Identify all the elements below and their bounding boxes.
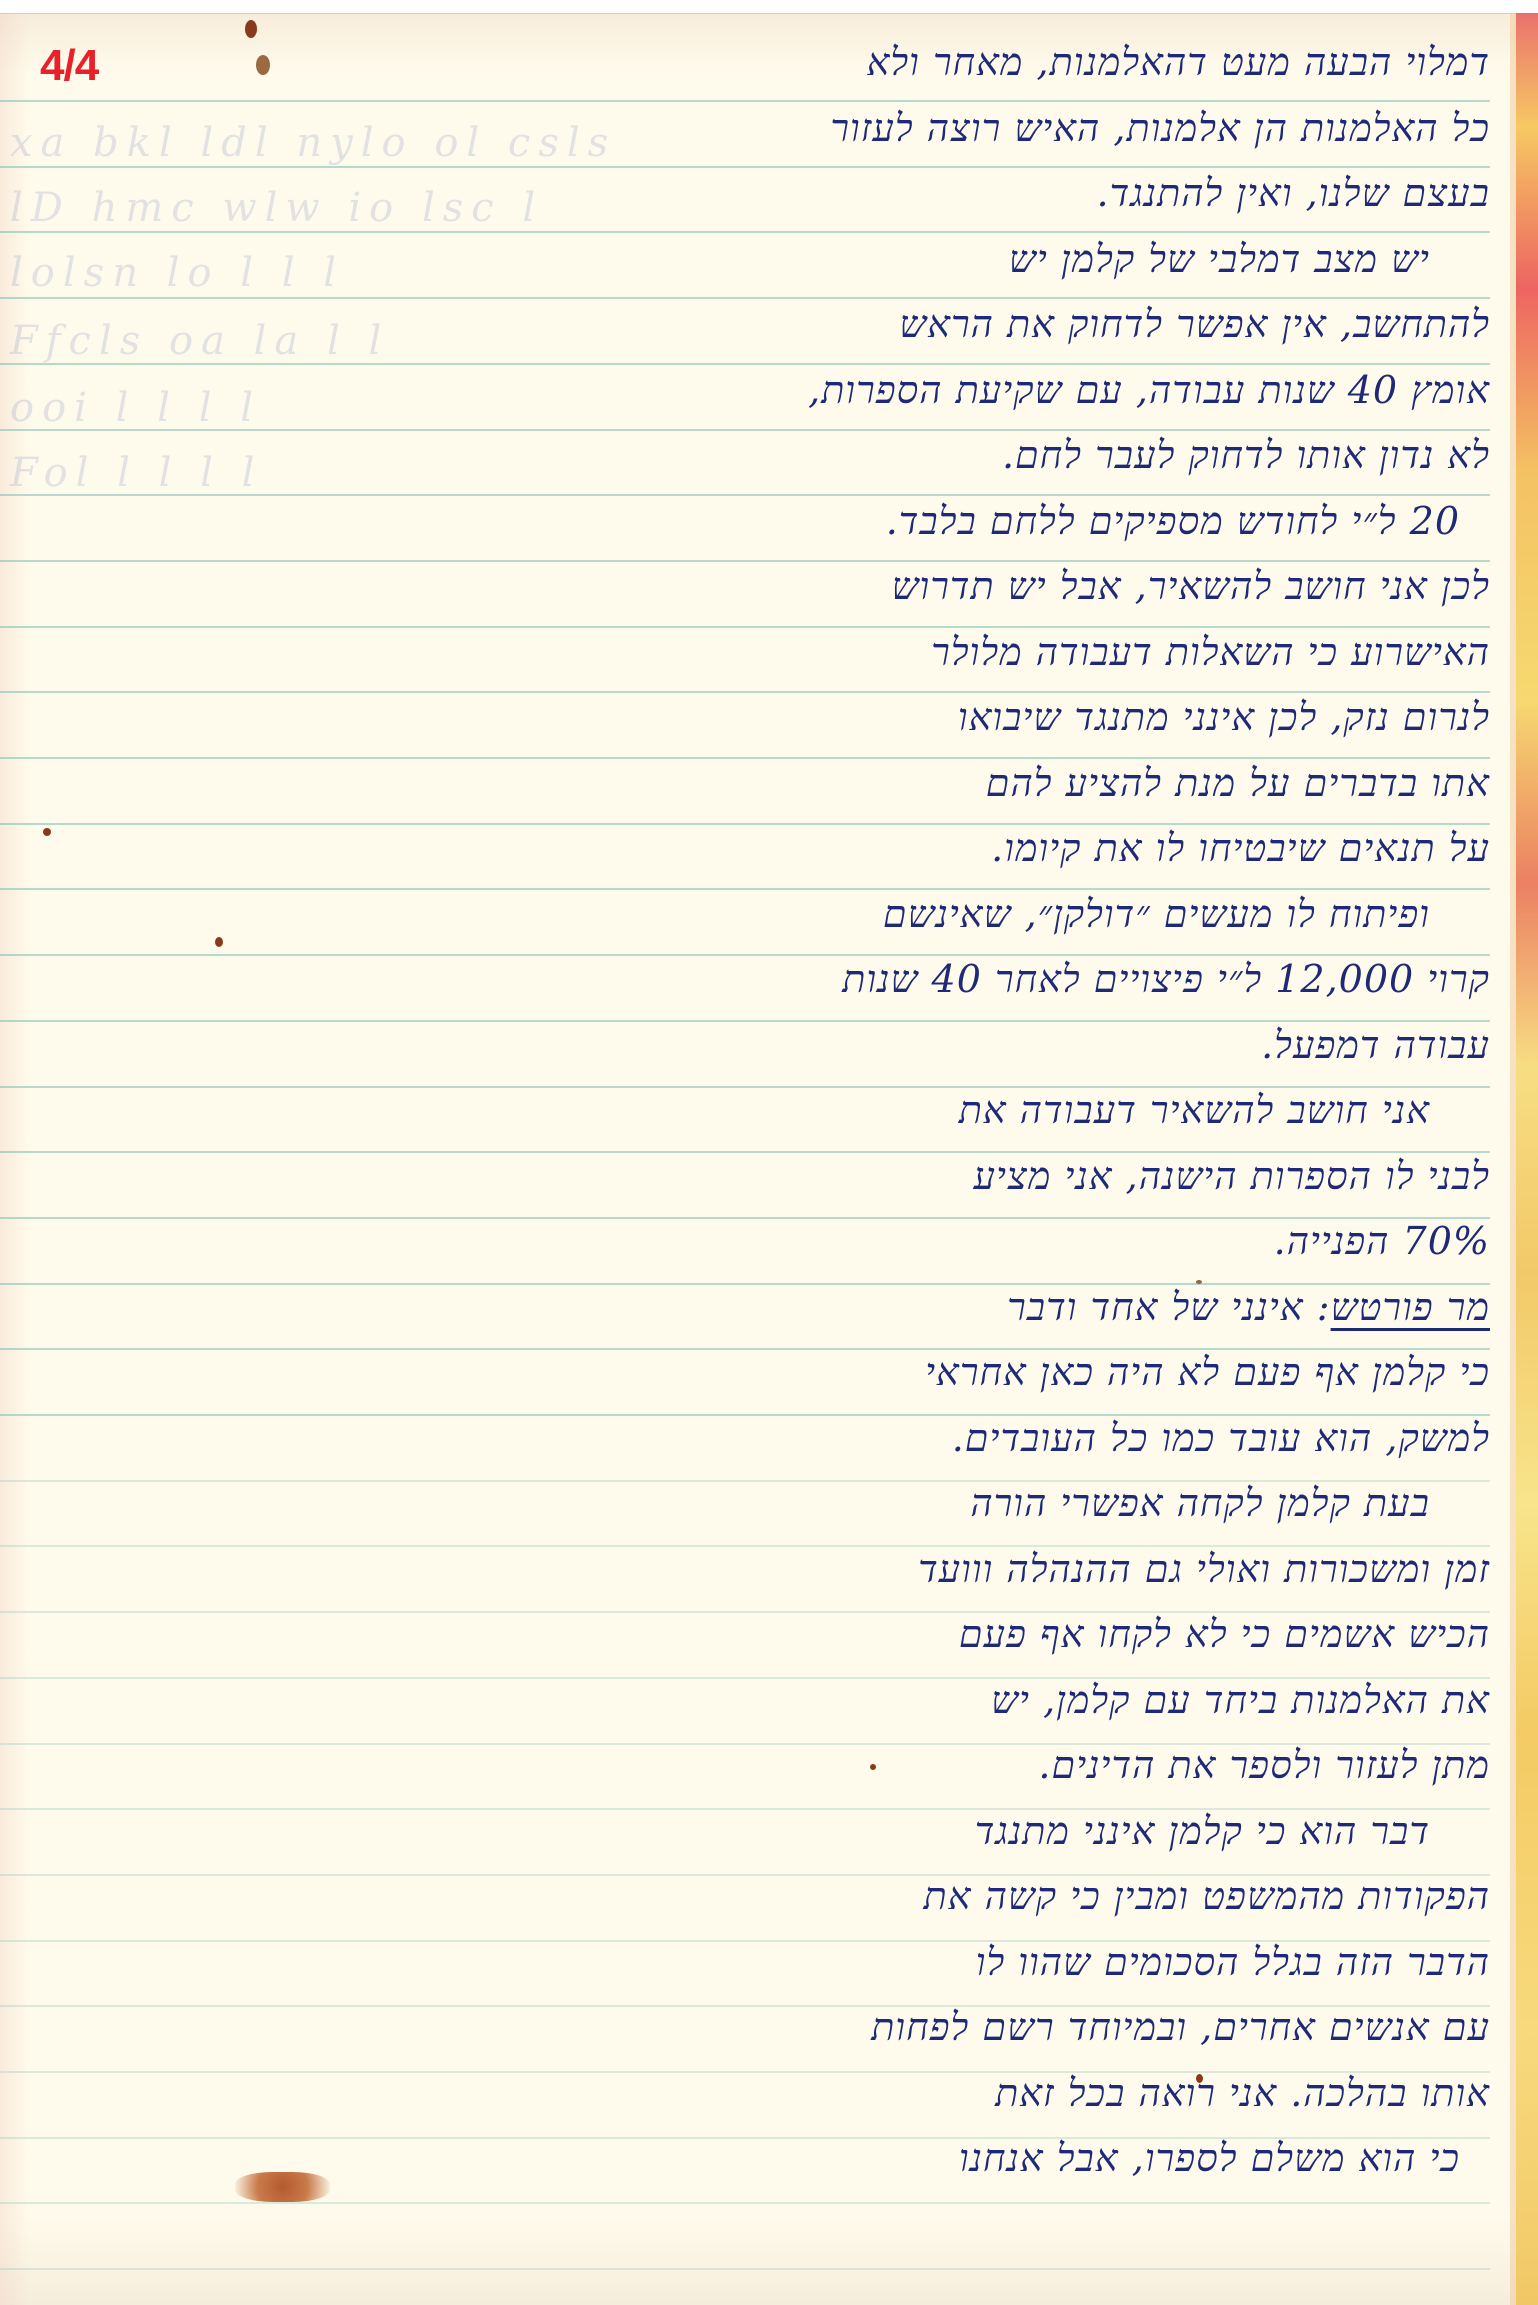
handwritten-line-remainder: : אינני של אחד ודבר bbox=[1007, 1285, 1330, 1329]
handwritten-line: לבני לו הספרות הישנה, אני מציע bbox=[720, 1144, 1490, 1210]
handwritten-line: על תנאים שיבטיחו לו את קיומו. bbox=[720, 816, 1490, 882]
handwritten-line: הפקודות מהמשפט ומבין כי קשה את bbox=[720, 1864, 1490, 1930]
page-edge-colored-strip bbox=[1516, 13, 1538, 2305]
handwritten-line: אותו בהלכה. אני רואה בכל זאת bbox=[720, 2061, 1490, 2127]
handwritten-text-block: דמלוי הבעה מעט דהאלמנות, מאחר ולאכל האלמ… bbox=[720, 30, 1490, 2192]
stain-spot bbox=[43, 828, 51, 836]
handwritten-line: ופיתוח לו מעשים ״דולקן״, שאינשם bbox=[720, 882, 1490, 948]
handwritten-line: אני חושב להשאיר דעבודה את bbox=[720, 1078, 1490, 1144]
ruled-line bbox=[0, 2202, 1490, 2204]
handwritten-line: את האלמנות ביחד עם קלמן, יש bbox=[720, 1668, 1490, 1734]
handwritten-line: בעת קלמן לקחה אפשרי הורה bbox=[720, 1471, 1490, 1537]
handwritten-line: זמן ומשכורות ואולי גם ההנהלה ווועד bbox=[720, 1537, 1490, 1603]
handwritten-line: מר פורטש: אינני של אחד ודבר bbox=[720, 1275, 1490, 1341]
handwritten-line: למשק, הוא עובד כמו כל העובדים. bbox=[720, 1406, 1490, 1472]
handwritten-line: אומץ 40 שנות עבודה, עם שקיעת הספרות, bbox=[720, 358, 1490, 424]
handwritten-line: 70% הפנייה. bbox=[720, 1209, 1490, 1275]
handwritten-line: עם אנשים אחרים, ובמיוחד רשם לפחות bbox=[720, 1995, 1490, 2061]
stain-spot bbox=[215, 937, 223, 947]
page-number-label: 4/4 bbox=[40, 44, 98, 88]
stain-spot bbox=[245, 20, 257, 38]
handwritten-line: יש מצב דמלבי של קלמן יש bbox=[720, 227, 1490, 293]
handwritten-line: מתן לעזור ולספר את הדינים. bbox=[720, 1733, 1490, 1799]
handwritten-line: כי קלמן אף פעם לא היה כאן אחראי bbox=[720, 1340, 1490, 1406]
handwritten-line: האישרוע כי השאלות דעבודה מלולר bbox=[720, 620, 1490, 686]
handwritten-line: עבודה דמפעל. bbox=[720, 1013, 1490, 1079]
handwritten-line: לכן אני חושב להשאיר, אבל יש תדרוש bbox=[720, 554, 1490, 620]
handwritten-line: קרוי 12,000 ל״י פיצויים לאחר 40 שנות bbox=[720, 947, 1490, 1013]
handwritten-line: לא נדון אותו לדחוק לעבר לחם. bbox=[720, 423, 1490, 489]
handwritten-line: דבר הוא כי קלמן אינני מתנגד bbox=[720, 1799, 1490, 1865]
handwritten-line: אתו בדברים על מנת להציע להם bbox=[720, 751, 1490, 817]
handwritten-line: להתחשב, אין אפשר לדחוק את הראש bbox=[720, 292, 1490, 358]
handwritten-line: בעצם שלנו, ואין להתנגד. bbox=[720, 161, 1490, 227]
rust-stain bbox=[235, 2172, 330, 2202]
handwritten-line: 20 ל״י לחודש מספיקים ללחם בלבד. bbox=[720, 489, 1490, 555]
stain-spot bbox=[256, 55, 270, 75]
handwritten-line: כי הוא משלם לספרו, אבל אנחנו bbox=[720, 2126, 1490, 2192]
handwritten-line: כל האלמנות הן אלמנות, האיש רוצה לעזור bbox=[720, 96, 1490, 162]
underlined-speaker-name: מר פורטש bbox=[1331, 1285, 1490, 1329]
ruled-line bbox=[0, 2268, 1490, 2270]
scanned-notebook-page: xa bkl ldl nylo ol csls lD hmc wlw io ls… bbox=[0, 0, 1538, 2305]
handwritten-line: לנרום נזק, לכן אינני מתנגד שיבואו bbox=[720, 685, 1490, 751]
handwritten-line: הדבר הזה בגלל הסכומים שהוו לו bbox=[720, 1930, 1490, 1996]
handwritten-line: דמלוי הבעה מעט דהאלמנות, מאחר ולא bbox=[720, 30, 1490, 96]
handwritten-line: הכיש אשמים כי לא לקחו אף פעם bbox=[720, 1602, 1490, 1668]
